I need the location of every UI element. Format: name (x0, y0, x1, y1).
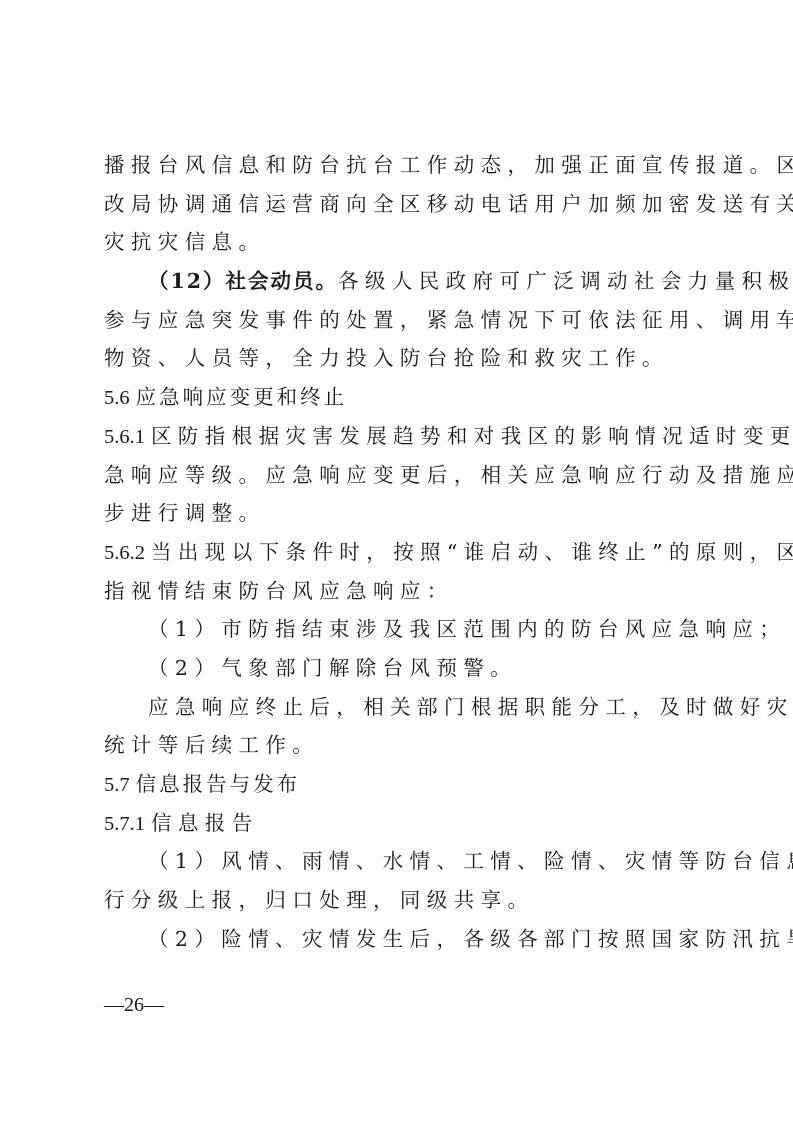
text-line: （1）风情、雨情、水情、工情、险情、灾情等防台信息实 (104, 842, 692, 881)
text-line: 行分级上报，归口处理，同级共享。 (104, 881, 692, 920)
document-page: 播报台风信息和防台抗台工作动态，加强正面宣传报道。区发 改局协调通信运营商向全区… (104, 146, 692, 958)
list-item: （2）气象部门解除台风预警。 (104, 649, 692, 688)
page-number: —26— (104, 994, 164, 1017)
text-line: 播报台风信息和防台抗台工作动态，加强正面宣传报道。区发 (104, 146, 692, 185)
text-line: 物资、人员等，全力投入防台抢险和救灾工作。 (104, 339, 692, 378)
section-heading-5-7: 5.7信息报告与发布 (104, 765, 692, 804)
list-item: （1）市防指结束涉及我区范围内的防台风应急响应； (104, 610, 692, 649)
clause-number: 5.6.1 (104, 426, 145, 448)
text-span: 当出现以下条件时，按照“谁启动、谁终止”的原则，区防 (151, 540, 793, 564)
section-heading-5-6: 5.6应急响应变更和终止 (104, 378, 692, 417)
clause-number: 5.6.2 (104, 542, 145, 564)
text-line: 急响应等级。应急响应变更后，相关应急响应行动及措施应同 (104, 456, 692, 495)
text-line: 灾抗灾信息。 (104, 223, 692, 262)
section-title: 信息报告 (151, 811, 259, 835)
text-line: 步进行调整。 (104, 494, 692, 533)
text-span: 各级人民政府可广泛调动社会力量积极 (338, 269, 793, 293)
clause-5-6-2: 5.6.2当出现以下条件时，按照“谁启动、谁终止”的原则，区防 (104, 533, 692, 572)
section-title: 信息报告与发布 (136, 772, 301, 796)
social-mobilization-paragraph: （12）社会动员。各级人民政府可广泛调动社会力量积极 (104, 262, 692, 301)
section-title: 应急响应变更和终止 (136, 385, 348, 409)
text-line: 改局协调通信运营商向全区移动电话用户加频加密发送有关防 (104, 185, 692, 224)
text-line: 参与应急突发事件的处置，紧急情况下可依法征用、调用车辆、 (104, 301, 692, 340)
section-number: 5.7.1 (104, 813, 145, 835)
text-line: 统计等后续工作。 (104, 726, 692, 765)
text-line: （2）险情、灾情发生后，各级各部门按照国家防汛抗旱总 (104, 920, 692, 959)
section-number: 5.6 (104, 387, 130, 409)
bold-lead: （12）社会动员。 (148, 269, 338, 293)
text-span: 区防指根据灾害发展趋势和对我区的影响情况适时变更应 (151, 424, 793, 448)
text-line: 指视情结束防台风应急响应： (104, 572, 692, 611)
section-heading-5-7-1: 5.7.1信息报告 (104, 804, 692, 843)
section-number: 5.7 (104, 774, 130, 796)
clause-5-6-1: 5.6.1区防指根据灾害发展趋势和对我区的影响情况适时变更应 (104, 417, 692, 456)
text-line: 应急响应终止后，相关部门根据职能分工，及时做好灾情 (104, 688, 692, 727)
